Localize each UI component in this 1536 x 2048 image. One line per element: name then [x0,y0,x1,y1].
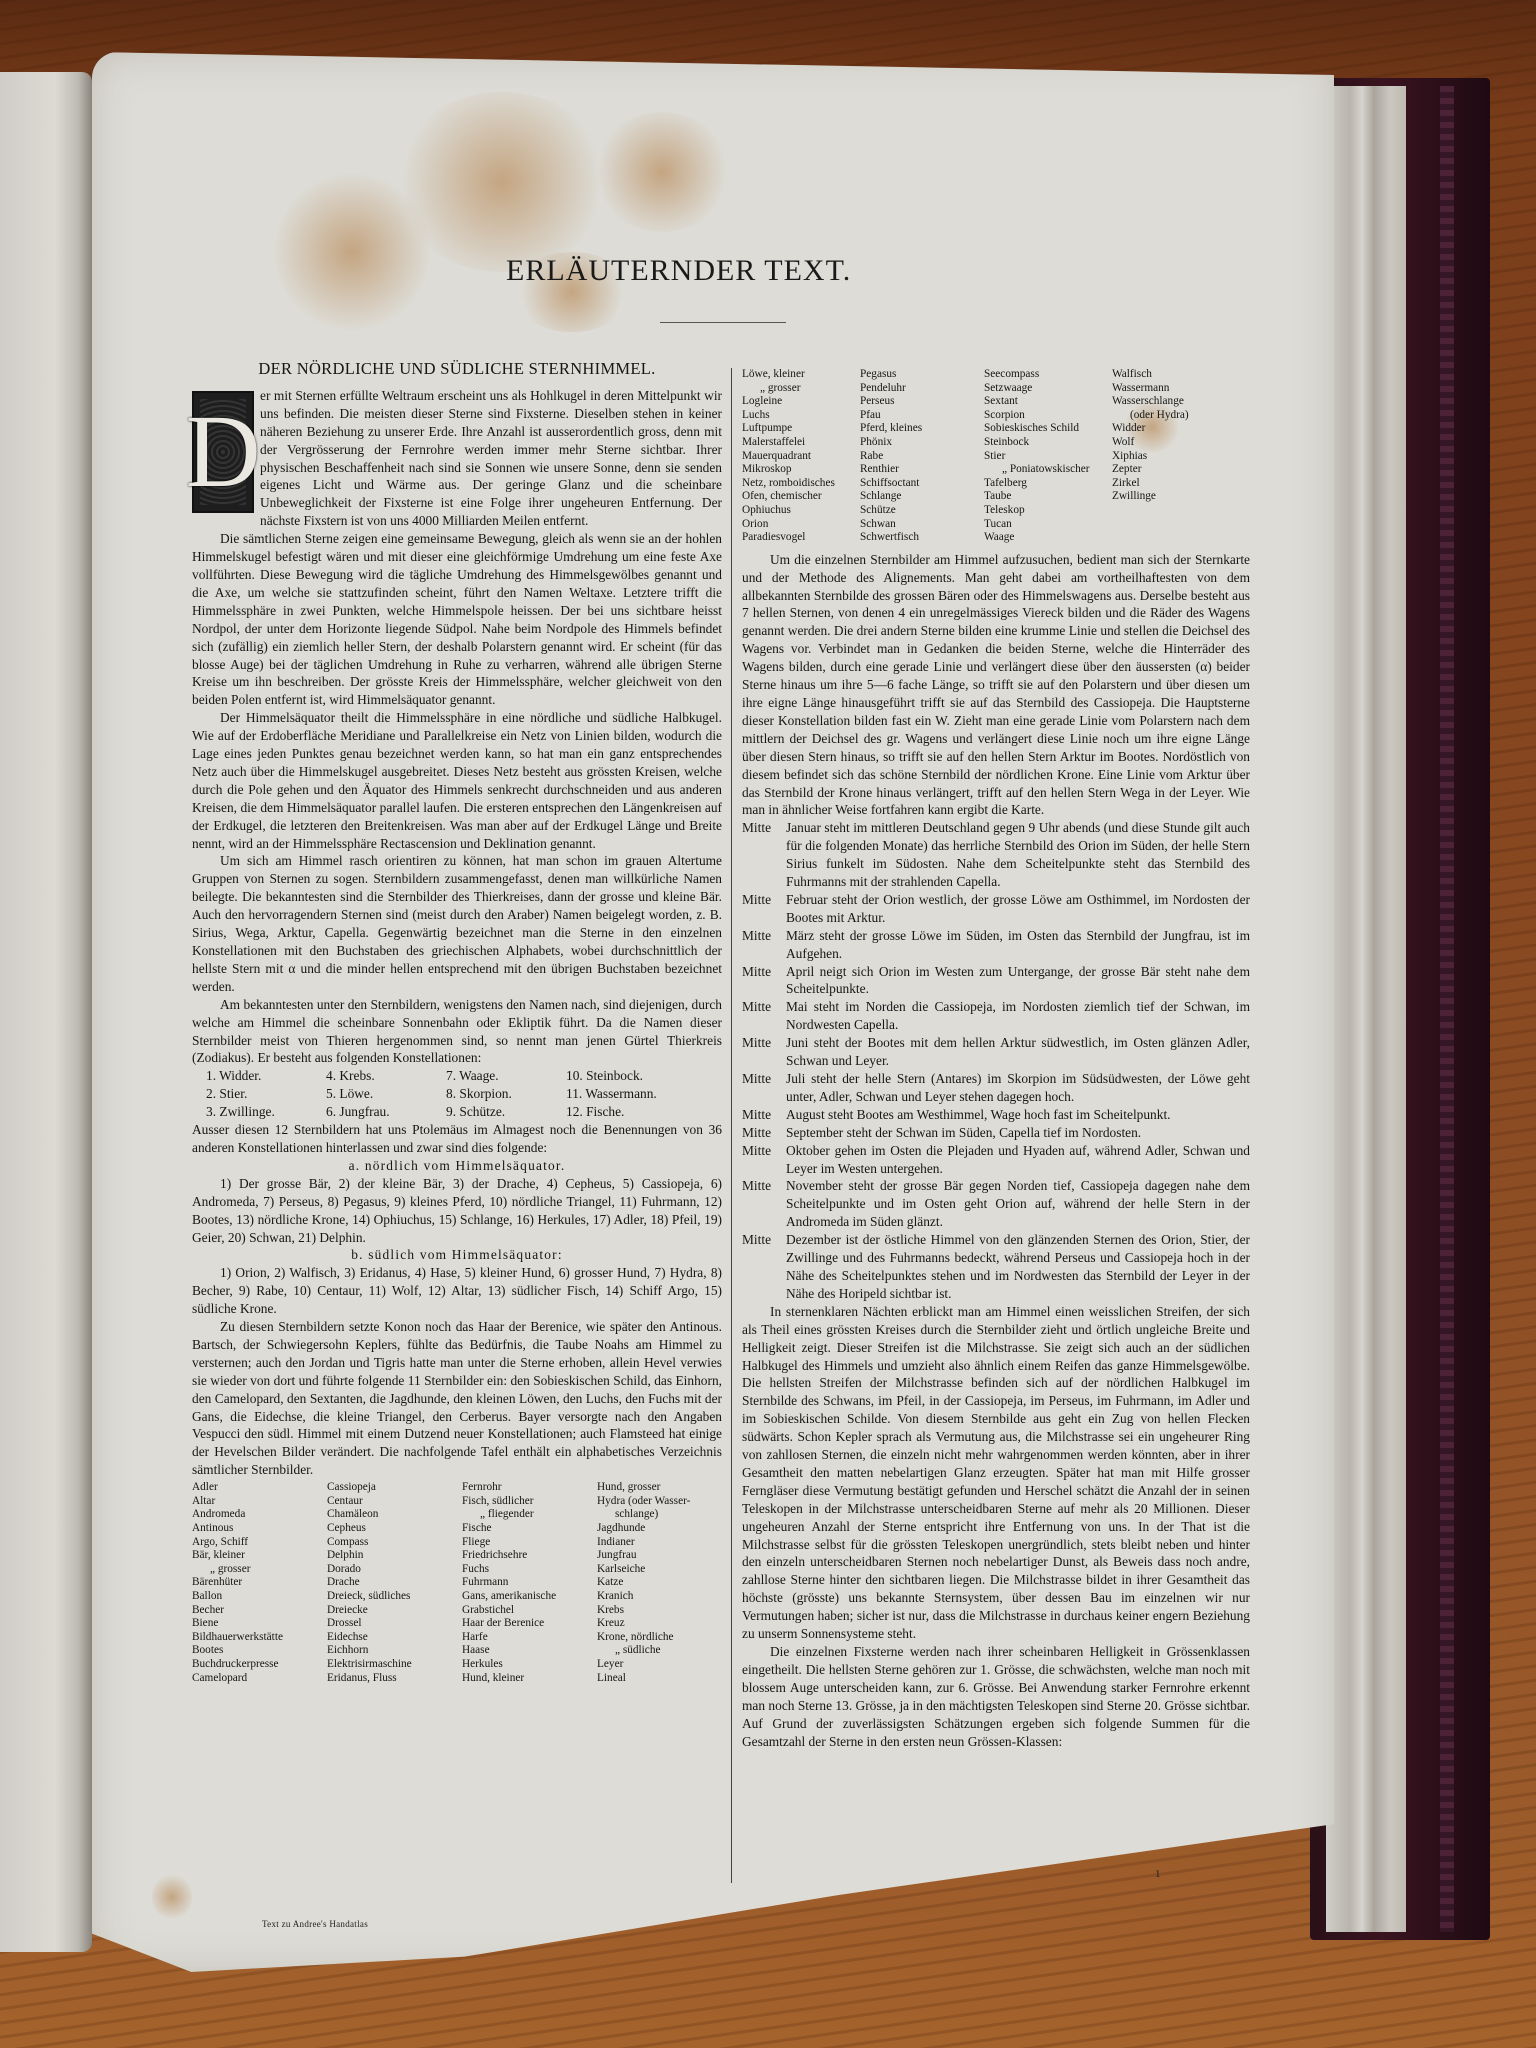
zodiac-item: 9. Schütze. [446,1103,566,1121]
index-entry: Phönix [860,436,984,450]
index-column: Löwe, kleiner„ grosserLogleineLuchsLuftp… [742,368,860,545]
index-entry: Luftpumpe [742,422,860,436]
index-entry: Fuchs [462,1563,597,1577]
index-entry: Luchs [742,409,860,423]
index-entry: Grabstichel [462,1604,597,1618]
index-entry: „ grosser [742,382,860,396]
index-entry: „ Poniatowskischer [984,463,1112,477]
index-entry: Kranich [597,1590,727,1604]
index-entry: Cepheus [327,1522,462,1536]
zodiac-list: 1. Widder. 4. Krebs. 7. Waage. 10. Stein… [192,1067,722,1121]
index-entry: Zwillinge [1112,490,1232,504]
foxing-stain [592,112,732,232]
index-column: Hund, grosserHydra (oder Wasser-schlange… [597,1481,727,1685]
index-entry: Schwan [860,518,984,532]
paragraph: Um die einzelnen Sternbilder am Himmel a… [742,551,1250,820]
month-label: Mitte [742,998,786,1034]
index-entry: Mikroskop [742,463,860,477]
index-entry: Drache [327,1576,462,1590]
index-entry: Adler [192,1481,327,1495]
index-entry: Andromeda [192,1508,327,1522]
month-label: Mitte [742,1070,786,1106]
index-entry: Antinous [192,1522,327,1536]
month-entry: MitteJanuar steht im mittleren Deutschla… [742,819,1250,891]
index-column: SeecompassSetzwaageSextantScorpionSobies… [984,368,1112,545]
index-entry: Xiphias [1112,450,1232,464]
zodiac-item: 8. Skorpion. [446,1085,566,1103]
index-entry: Paradiesvogel [742,531,860,545]
index-entry: Schlange [860,490,984,504]
month-label: Mitte [742,1106,786,1124]
index-entry: Biene [192,1617,327,1631]
index-entry: Perseus [860,395,984,409]
month-text: April neigt sich Orion im Westen zum Unt… [786,963,1250,999]
index-entry: Orion [742,518,860,532]
paragraph: er mit Sternen erfüllte Weltraum erschei… [192,387,722,530]
index-entry: Compass [327,1536,462,1550]
zodiac-item: 2. Stier. [206,1085,326,1103]
index-entry: Fliege [462,1536,597,1550]
index-entry: Bärenhüter [192,1576,327,1590]
index-entry: Wasserschlange [1112,395,1232,409]
index-column: CassiopejaCentaurChamäleonCepheusCompass… [327,1481,462,1685]
index-entry: Schiffsoctant [860,477,984,491]
index-entry: Pegasus [860,368,984,382]
index-entry: Katze [597,1576,727,1590]
index-entry: Steinbock [984,436,1112,450]
index-entry: Sextant [984,395,1112,409]
index-entry: Taube [984,490,1112,504]
index-entry: Krone, nördliche [597,1631,727,1645]
month-entry: MitteAugust steht Bootes am Westhimmel, … [742,1106,1250,1124]
monthly-sky-guide: MitteJanuar steht im mittleren Deutschla… [742,819,1250,1302]
paragraph: In sternenklaren Nächten erblickt man am… [742,1303,1250,1643]
zodiac-item: 6. Jungfrau. [326,1103,446,1121]
index-entry: Wassermann [1112,382,1232,396]
index-entry: Hydra (oder Wasser- [597,1495,727,1509]
zodiac-item: 10. Steinbock. [566,1067,716,1085]
month-entry: MitteMärz steht der grosse Löwe im Süden… [742,927,1250,963]
index-entry: Elektrisirmaschine [327,1658,462,1672]
month-text: Februar steht der Orion westlich, der gr… [786,891,1250,927]
month-text: September steht der Schwan im Süden, Cap… [786,1124,1250,1142]
index-entry: Ofen, chemischer [742,490,860,504]
index-entry: Haar der Berenice [462,1617,597,1631]
index-entry: Bootes [192,1644,327,1658]
month-text: Juni steht der Bootes mit dem hellen Ark… [786,1034,1250,1070]
north-constellations: 1) Der grosse Bär, 2) der kleine Bär, 3)… [192,1175,722,1247]
drop-cap-letter: D [185,400,260,504]
book-spine-edge [1440,86,1454,1932]
constellation-index-part2: Löwe, kleiner„ grosserLogleineLuchsLuftp… [742,368,1250,545]
index-entry: Fernrohr [462,1481,597,1495]
index-entry: Zepter [1112,463,1232,477]
zodiac-item: 1. Widder. [206,1067,326,1085]
index-entry: Cassiopeja [327,1481,462,1495]
index-entry: Zirkel [1112,477,1232,491]
constellation-index-part1: AdlerAltarAndromedaAntinousArgo, SchiffB… [192,1481,722,1685]
index-column: AdlerAltarAndromedaAntinousArgo, SchiffB… [192,1481,327,1685]
month-entry: MitteJuni steht der Bootes mit dem helle… [742,1034,1250,1070]
zodiac-item: 12. Fische. [566,1103,716,1121]
month-text: Mai steht im Norden die Cassiopeja, im N… [786,998,1250,1034]
zodiac-item: 3. Zwillinge. [206,1103,326,1121]
index-entry: Pferd, kleines [860,422,984,436]
index-column: FernrohrFisch, südlicher„ fliegenderFisc… [462,1481,597,1685]
index-entry: Friedrichsehre [462,1549,597,1563]
index-entry: Hund, kleiner [462,1672,597,1686]
index-entry: Schwertfisch [860,531,984,545]
right-column: Löwe, kleiner„ grosserLogleineLuchsLuftp… [742,368,1250,1750]
month-text: Januar steht im mittleren Deutschland ge… [786,819,1250,891]
month-text: November steht der grosse Bär gegen Nord… [786,1177,1250,1231]
index-entry: Ophiuchus [742,504,860,518]
facing-left-page-edge [0,72,92,1952]
index-entry: Pendeluhr [860,382,984,396]
index-entry: Krebs [597,1604,727,1618]
index-entry: Tafelberg [984,477,1112,491]
index-entry: „ fliegender [462,1508,597,1522]
index-entry: Logleine [742,395,860,409]
index-entry: Lineal [597,1672,727,1686]
subheading-south: b. südlich vom Himmelsäquator: [192,1246,722,1264]
index-entry: Rabe [860,450,984,464]
month-entry: MitteApril neigt sich Orion im Westen zu… [742,963,1250,999]
month-label: Mitte [742,891,786,927]
index-entry: Netz, romboidisches [742,477,860,491]
index-entry: Chamäleon [327,1508,462,1522]
index-entry: Camelopard [192,1672,327,1686]
foxing-stain [272,172,432,332]
index-column: WalfischWassermannWasserschlange(oder Hy… [1112,368,1232,545]
south-constellations: 1) Orion, 2) Walfisch, 3) Eridanus, 4) H… [192,1264,722,1318]
month-text: Juli steht der helle Stern (Antares) im … [786,1070,1250,1106]
page-number: 1 [1155,1868,1161,1880]
index-entry: Scorpion [984,409,1112,423]
index-column: PegasusPendeluhrPerseusPfauPferd, kleine… [860,368,984,545]
month-entry: MitteFebruar steht der Orion westlich, d… [742,891,1250,927]
index-entry: Centaur [327,1495,462,1509]
index-entry: Fische [462,1522,597,1536]
month-entry: MitteOktober gehen im Osten die Plejaden… [742,1142,1250,1178]
section-heading: DER NÖRDLICHE UND SÜDLICHE STERNHIMMEL. [192,360,722,378]
index-entry: Jungfrau [597,1549,727,1563]
index-entry: Delphin [327,1549,462,1563]
index-entry: Mauerquadrant [742,450,860,464]
month-label: Mitte [742,1142,786,1178]
ornamental-drop-cap: D [192,391,254,513]
month-label: Mitte [742,1124,786,1142]
month-label: Mitte [742,819,786,891]
index-entry: Altar [192,1495,327,1509]
index-entry: Harfe [462,1631,597,1645]
index-entry: Wolf [1112,436,1232,450]
index-entry: Setzwaage [984,382,1112,396]
page-stack-edge [1326,86,1406,1932]
index-entry: (oder Hydra) [1112,409,1232,423]
month-entry: MitteDezember ist der östliche Himmel vo… [742,1231,1250,1303]
index-entry: Hund, grosser [597,1481,727,1495]
zodiac-item: 7. Waage. [446,1067,566,1085]
month-entry: MitteNovember steht der grosse Bär gegen… [742,1177,1250,1231]
index-entry: Jagdhunde [597,1522,727,1536]
index-entry: Kreuz [597,1617,727,1631]
index-entry: Seecompass [984,368,1112,382]
index-entry: Herkules [462,1658,597,1672]
index-entry: Stier [984,450,1112,464]
month-entry: MitteSeptember steht der Schwan im Süden… [742,1124,1250,1142]
month-label: Mitte [742,963,786,999]
index-entry: Becher [192,1604,327,1618]
paragraph: Am bekanntesten unter den Sternbildern, … [192,996,722,1068]
index-entry: Ballon [192,1590,327,1604]
index-entry: „ grosser [192,1563,327,1577]
zodiac-item: 4. Krebs. [326,1067,446,1085]
index-entry: Schütze [860,504,984,518]
index-entry: Walfisch [1112,368,1232,382]
index-entry: Widder [1112,422,1232,436]
paragraph: Ausser diesen 12 Sternbildern hat uns Pt… [192,1121,722,1157]
index-entry: Malerstaffelei [742,436,860,450]
index-entry: Indianer [597,1536,727,1550]
month-label: Mitte [742,1231,786,1303]
month-entry: MitteJuli steht der helle Stern (Antares… [742,1070,1250,1106]
index-entry: Dreiecke [327,1604,462,1618]
foxing-stain [152,1872,192,1922]
index-entry: Eidechse [327,1631,462,1645]
title-divider [660,322,786,323]
index-entry: Pfau [860,409,984,423]
index-entry: Löwe, kleiner [742,368,860,382]
month-entry: MitteMai steht im Norden die Cassiopeja,… [742,998,1250,1034]
index-entry: Eridanus, Fluss [327,1672,462,1686]
month-label: Mitte [742,1034,786,1070]
month-text: August steht Bootes am Westhimmel, Wage … [786,1106,1250,1124]
page-title: ERLÄUTERNDER TEXT. [506,254,851,288]
zodiac-item: 5. Löwe. [326,1085,446,1103]
month-label: Mitte [742,1177,786,1231]
index-entry: Buchdruckerpresse [192,1658,327,1672]
paragraph: Die einzelnen Fixsterne werden nach ihre… [742,1643,1250,1750]
month-text: Dezember ist der östliche Himmel von den… [786,1231,1250,1303]
index-entry: Eichhorn [327,1644,462,1658]
index-entry: Fuhrmann [462,1576,597,1590]
zodiac-item: 11. Wassermann. [566,1085,716,1103]
month-label: Mitte [742,927,786,963]
paragraph: Die sämtlichen Sterne zeigen eine gemein… [192,530,722,709]
index-entry: Renthier [860,463,984,477]
index-entry: Sobieskisches Schild [984,422,1112,436]
column-divider [731,368,732,1883]
subheading-north: a. nördlich vom Himmelsäquator. [192,1157,722,1175]
index-entry: Gans, amerikanische [462,1590,597,1604]
index-entry: Haase [462,1644,597,1658]
left-column: DER NÖRDLICHE UND SÜDLICHE STERNHIMMEL. … [192,360,722,1685]
index-entry: schlange) [597,1508,727,1522]
index-entry: Tucan [984,518,1112,532]
month-text: März steht der grosse Löwe im Süden, im … [786,927,1250,963]
index-entry: Teleskop [984,504,1112,518]
index-entry: Dorado [327,1563,462,1577]
footer-note: Text zu Andree's Handatlas [262,1919,368,1929]
index-entry: „ südliche [597,1644,727,1658]
month-text: Oktober gehen im Osten die Plejaden und … [786,1142,1250,1178]
index-entry: Drossel [327,1617,462,1631]
index-entry: Fisch, südlicher [462,1495,597,1509]
index-entry: Argo, Schiff [192,1536,327,1550]
index-entry: Waage [984,531,1112,545]
index-entry: Bildhauerwerkstätte [192,1631,327,1645]
index-entry: Leyer [597,1658,727,1672]
index-entry: Dreieck, südliches [327,1590,462,1604]
index-entry: Karlseiche [597,1563,727,1577]
paragraph: Zu diesen Sternbildern setzte Konon noch… [192,1318,722,1479]
paragraph: Der Himmelsäquator theilt die Himmelssph… [192,709,722,852]
paragraph: Um sich am Himmel rasch orientiren zu kö… [192,852,722,995]
index-entry: Bär, kleiner [192,1549,327,1563]
